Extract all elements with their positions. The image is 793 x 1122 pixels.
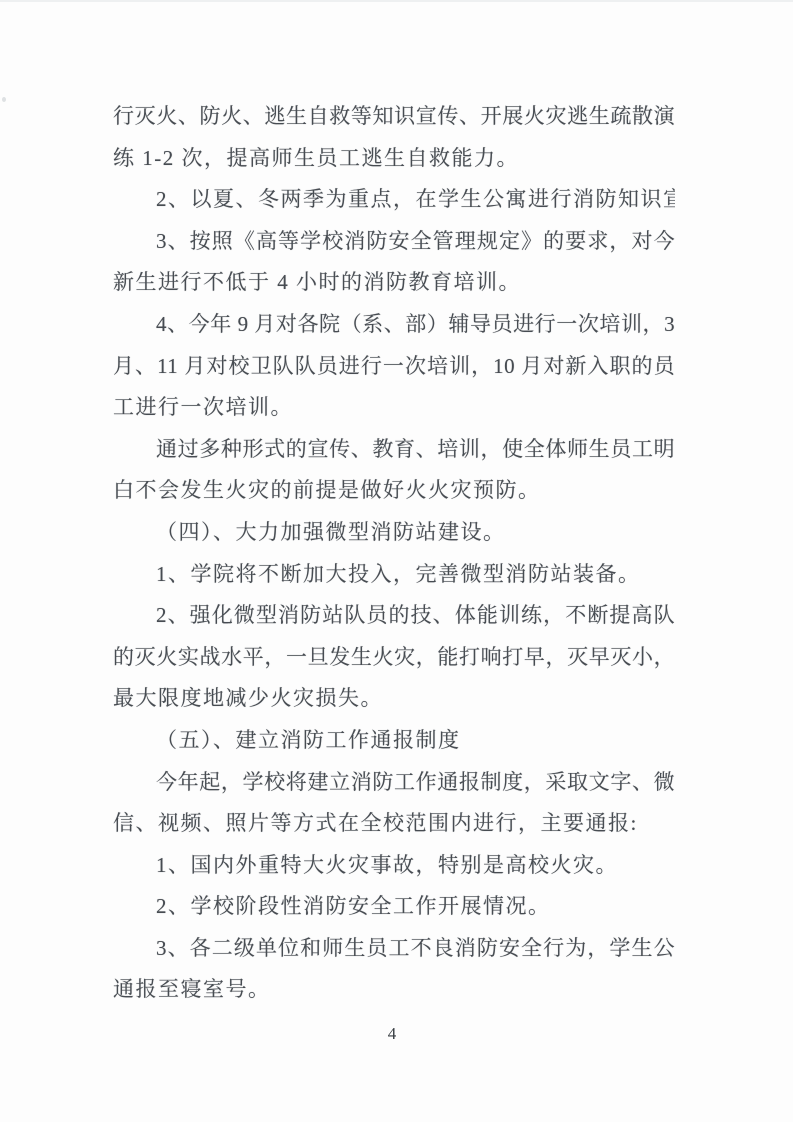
text-line: 3、各二级单位和师生员工不良消防安全行为，学生公寓 [113, 928, 675, 970]
text-line: 的灭火实战水平，一旦发生火灾，能打响打早，灭早灭小， [113, 637, 675, 679]
text-line: 2、以夏、冬两季为重点，在学生公寓进行消防知识宣传。 [113, 179, 675, 221]
text-line: 1、学院将不断加大投入，完善微型消防站装备。 [113, 554, 675, 596]
text-line: 新生进行不低于 4 小时的消防教育培训。 [113, 262, 675, 304]
scanned-document-page: 行灭火、防火、逃生自救等知识宣传、开展火灾逃生疏散演 练 1-2 次，提高师生员… [0, 0, 793, 1122]
scan-edge-artifact [0, 0, 793, 2]
text-line: 2、强化微型消防站队员的技、体能训练，不断提高队伍 [113, 595, 675, 637]
text-line: 2、学校阶段性消防安全工作开展情况。 [113, 886, 675, 928]
text-line: 通过多种形式的宣传、教育、培训，使全体师生员工明 [113, 429, 675, 471]
scan-speck-artifact [2, 97, 6, 102]
text-line: 3、按照《高等学校消防安全管理规定》的要求，对今年 [113, 221, 675, 263]
text-line: 4、今年 9 月对各院（系、部）辅导员进行一次培训，3 [113, 304, 675, 346]
text-line: 最大限度地减少火灾损失。 [113, 678, 675, 720]
page-number: 4 [0, 1024, 784, 1044]
section-heading-line: （四）、大力加强微型消防站建设。 [113, 512, 675, 554]
text-line: 今年起，学校将建立消防工作通报制度，采取文字、微 [113, 762, 675, 804]
text-line: 练 1-2 次，提高师生员工逃生自救能力。 [113, 138, 675, 180]
text-line: 月、11 月对校卫队队员进行一次培训，10 月对新入职的员 [113, 346, 675, 388]
text-line: 白不会发生火灾的前提是做好火火灾预防。 [113, 470, 675, 512]
section-heading-line: （五）、建立消防工作通报制度 [113, 720, 675, 762]
document-content: 行灭火、防火、逃生自救等知识宣传、开展火灾逃生疏散演 练 1-2 次，提高师生员… [113, 96, 675, 1011]
text-line: 1、国内外重特大火灾事故，特别是高校火灾。 [113, 845, 675, 887]
text-line: 通报至寝室号。 [113, 969, 675, 1011]
text-line: 行灭火、防火、逃生自救等知识宣传、开展火灾逃生疏散演 [113, 96, 675, 138]
text-line: 工进行一次培训。 [113, 387, 675, 429]
text-line: 信、视频、照片等方式在全校范围内进行，主要通报: [113, 803, 675, 845]
